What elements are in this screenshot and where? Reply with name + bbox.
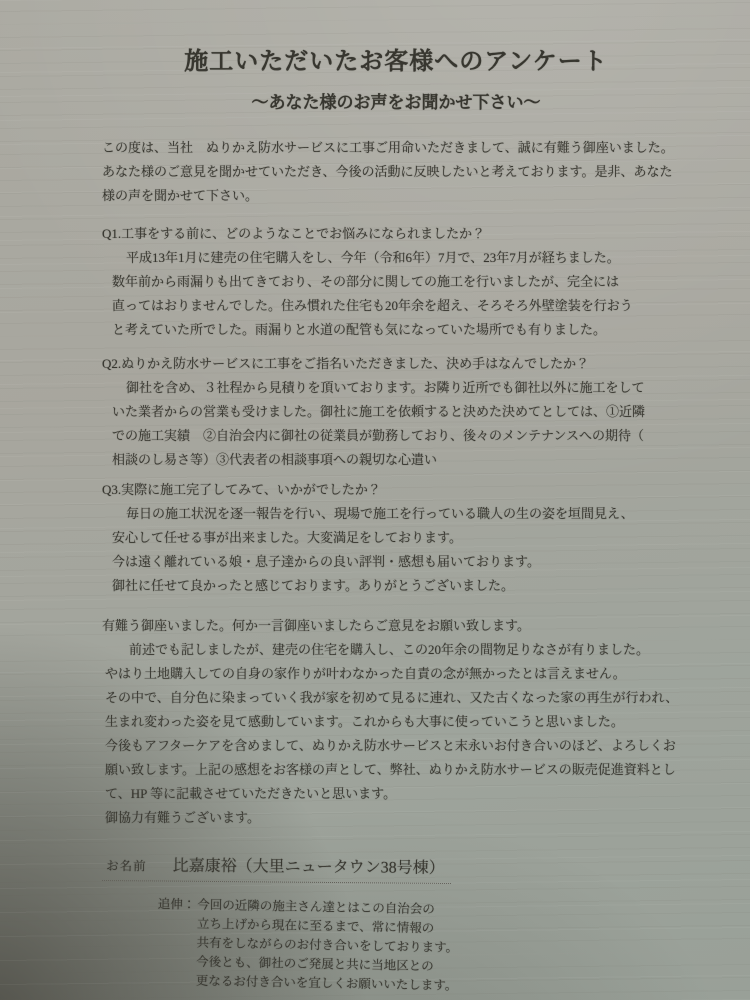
name-field-value: 比嘉康裕（大里ニュータウン38号棟）	[173, 858, 445, 877]
comment-line: 前述でも記しましたが、建売の住宅を購入し、この20年余の間物足りなさが有りました…	[105, 638, 690, 662]
question-1-label: Q1.	[102, 226, 121, 241]
question-1-heading: Q1.工事をする前に、どのようなことでお悩みになられましたか？	[102, 222, 690, 246]
intro-line: 様の声を聞かせて下さい。	[102, 184, 690, 208]
intro-line: あなた様のご意見を聞かせていただき、今後の活動に反映したいと考えております。是非…	[102, 160, 690, 184]
answer-line: 平成13年1月に建売の住宅購入をし、今年（令和6年）7月で、23年7月が経ちまし…	[112, 246, 690, 270]
answer-line: 直ってはおりませんでした。住み慣れた住宅も20年余を超え、そろそろ外壁塗装を行お…	[112, 294, 690, 318]
question-3-heading: Q3.実際に施工完了してみて、いかがでしたか？	[102, 478, 690, 502]
comment-line: 生まれ変わった姿を見て感動しています。これからも大事に使っていこうと思いました。	[105, 710, 690, 734]
question-2-text: ぬりかえ防水サービスに工事をご指名いただきました、決め手はなんでしたか？	[121, 356, 589, 371]
comment-line: その中で、自分色に染まっていく我が家を初めて見るに連れ、又た古くなった家の再生が…	[105, 686, 690, 710]
postscript-body: 今回の近隣の施主さん達とはこの自治会の 立ち上げから現在に至るまで、常に情報の …	[196, 896, 459, 996]
survey-sheet: 施工いただいたお客様へのアンケート 〜あなた様のお声をお聞かせ下さい〜 この度は…	[0, 0, 750, 1000]
postscript: 追伸： 今回の近隣の施主さん達とはこの自治会の 立ち上げから現在に至るまで、常に…	[156, 895, 690, 1000]
question-3-label: Q3.	[102, 482, 121, 497]
intro-paragraph: この度は、当社 ぬりかえ防水サービスに工事ご用命いただきまして、誠に有難う御座い…	[102, 136, 690, 208]
answer-line: 安心して任せる事が出来ました。大変満足をしております。	[112, 526, 690, 550]
question-block-1: Q1.工事をする前に、どのようなことでお悩みになられましたか？ 平成13年1月に…	[102, 222, 690, 342]
document-photo: 施工いただいたお客様へのアンケート 〜あなた様のお声をお聞かせ下さい〜 この度は…	[0, 0, 750, 1000]
question-1-text: 工事をする前に、どのようなことでお悩みになられましたか？	[121, 226, 485, 241]
name-field: お名前比嘉康裕（大里ニュータウン38号棟）	[102, 852, 451, 884]
answer-line: 毎日の施工状況を逐一報告を行い、現場で施工を行っている職人の生の姿を垣間見え、	[112, 502, 690, 526]
answer-line: と考えていた所でした。雨漏りと水道の配管も気になっていた場所でも有りました。	[112, 318, 690, 342]
question-2-label: Q2.	[102, 356, 121, 371]
question-2-answer: 御社を含め、３社程から見積りを頂いております。お隣り近所でも御社以外に施工をして…	[112, 376, 690, 472]
question-3-answer: 毎日の施工状況を逐一報告を行い、現場で施工を行っている職人の生の姿を垣間見え、 …	[112, 502, 690, 598]
survey-subtitle: 〜あなた様のお声をお聞かせ下さい〜	[102, 92, 690, 114]
comment-line: 願い致します。上記の感想をお客様の声として、弊社、ぬりかえ防水サービスの販売促進…	[105, 758, 690, 782]
comment-line: 今後もアフターケアを含めまして、ぬりかえ防水サービスと末永いお付き合いのほど、よ…	[105, 734, 690, 758]
question-1-answer: 平成13年1月に建売の住宅購入をし、今年（令和6年）7月で、23年7月が経ちまし…	[112, 246, 690, 342]
question-3-text: 実際に施工完了してみて、いかがでしたか？	[121, 482, 381, 497]
question-2-heading: Q2.ぬりかえ防水サービスに工事をご指名いただきました、決め手はなんでしたか？	[102, 352, 690, 376]
answer-line: 御社を含め、３社程から見積りを頂いております。お隣り近所でも御社以外に施工をして	[112, 376, 690, 400]
question-block-2: Q2.ぬりかえ防水サービスに工事をご指名いただきました、決め手はなんでしたか？ …	[102, 352, 690, 472]
answer-line: 相談のし易さ等）③代表者の相談事項への親切な心遣い	[112, 448, 690, 472]
name-field-label: お名前	[106, 859, 147, 873]
comment-line: やはり土地購入しての自身の家作りが叶わなかった自責の念が無かったとは言えません。	[105, 662, 690, 686]
postscript-line: 更なるお付き合いを宜しくお願いいたします。	[196, 972, 458, 996]
answer-line: いた業者からの営業も受けました。御社に施工を依頼すると決めた決めてとしては、①近…	[112, 400, 690, 424]
comment-answer: 前述でも記しましたが、建売の住宅を購入し、この20年余の間物足りなさが有りました…	[105, 638, 690, 806]
closing-note: 御協力有難うございます。	[105, 806, 690, 830]
answer-line: 今は遠く離れている娘・息子達からの良い評判・感想も届いております。	[112, 550, 690, 574]
comment-section: 有難う御座いました。何か一言御座いましたらご意見をお願い致します。 前述でも記し…	[102, 614, 690, 830]
comment-prompt: 有難う御座いました。何か一言御座いましたらご意見をお願い致します。	[102, 614, 690, 638]
intro-line: この度は、当社 ぬりかえ防水サービスに工事ご用命いただきまして、誠に有難う御座い…	[102, 136, 690, 160]
answer-line: での施工実績 ②自治会内に御社の従業員が勤務しており、後々のメンテナンスへの期待…	[112, 424, 690, 448]
postscript-label: 追伸：	[158, 895, 196, 915]
survey-title: 施工いただいたお客様へのアンケート	[102, 46, 690, 78]
answer-line: 数年前から雨漏りも出てきており、その部分に関しての施工を行いましたが、完全には	[112, 270, 690, 294]
answer-line: 御社に任せて良かったと感じております。ありがとうございました。	[112, 574, 690, 598]
comment-line: て、HP 等に記載させていただきたいと思います。	[105, 782, 690, 806]
question-block-3: Q3.実際に施工完了してみて、いかがでしたか？ 毎日の施工状況を逐一報告を行い、…	[102, 478, 690, 598]
